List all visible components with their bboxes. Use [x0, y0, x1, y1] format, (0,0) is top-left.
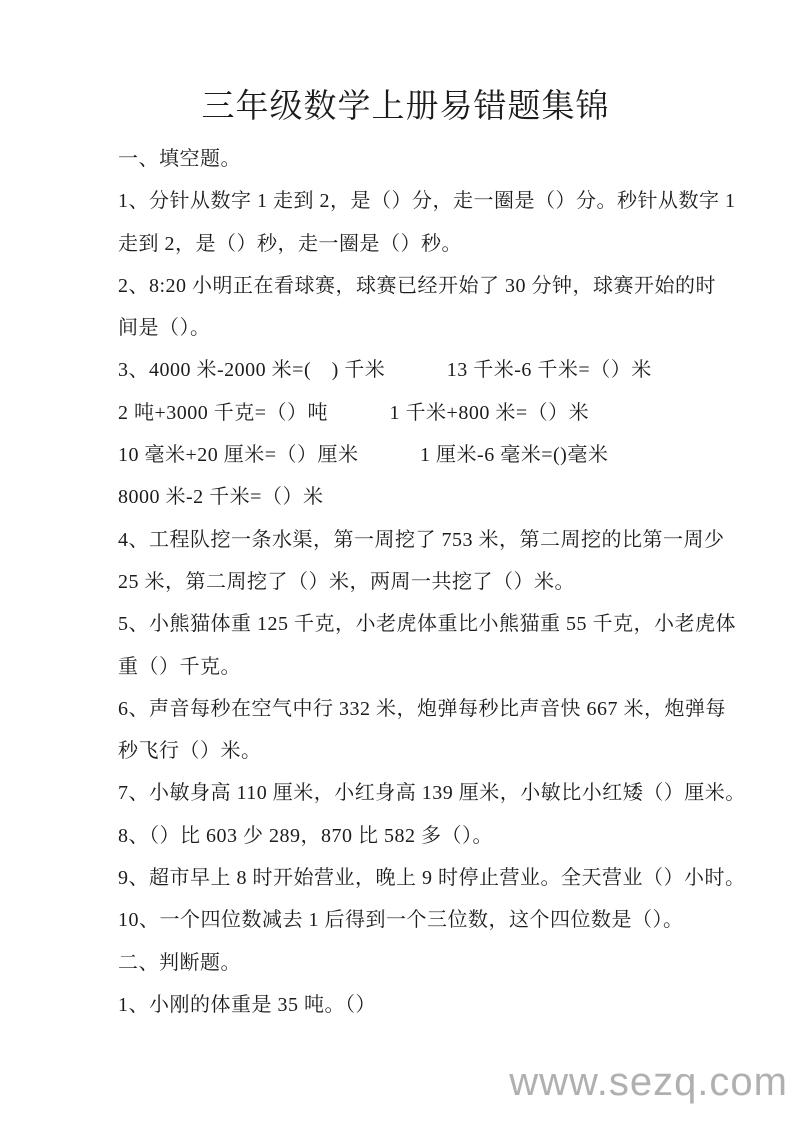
worksheet-page: 三年级数学上册易错题集锦 一、填空题。1、分针从数字 1 走到 2，是（）分，走… [0, 0, 800, 1131]
text-line: 7、小敏身高 110 厘米，小红身高 139 厘米，小敏比小红矮（）厘米。 [118, 772, 693, 814]
text-line: 3、4000 米-2000 米=( ) 千米 13 千米-6 千米=（）米 [118, 349, 693, 391]
text-line: 4、工程队挖一条水渠，第一周挖了 753 米，第二周挖的比第一周少 [118, 519, 693, 561]
text-line: 8000 米-2 千米=（）米 [118, 476, 693, 518]
text-line: 25 米，第二周挖了（）米，两周一共挖了（）米。 [118, 561, 693, 603]
text-line: 秒飞行（）米。 [118, 730, 693, 772]
text-line: 重（）千克。 [118, 646, 693, 688]
text-line: 8、（）比 603 少 289，870 比 582 多（）。 [118, 815, 693, 857]
section-heading: 一、填空题。 [118, 138, 693, 180]
section-heading: 二、判断题。 [118, 942, 693, 984]
text-line: 5、小熊猫体重 125 千克，小老虎体重比小熊猫重 55 千克，小老虎体 [118, 603, 693, 645]
text-line: 9、超市早上 8 时开始营业，晚上 9 时停止营业。全天营业（）小时。 [118, 857, 693, 899]
text-line: 10 毫米+20 厘米=（）厘米 1 厘米-6 毫米=()毫米 [118, 434, 693, 476]
text-line: 6、声音每秒在空气中行 332 米，炮弹每秒比声音快 667 米，炮弹每 [118, 688, 693, 730]
watermark-text: www.sezq.com [509, 1060, 788, 1105]
text-line: 10、一个四位数减去 1 后得到一个三位数，这个四位数是（）。 [118, 899, 693, 941]
text-line: 2 吨+3000 千克=（）吨 1 千米+800 米=（）米 [118, 392, 693, 434]
text-line: 1、小刚的体重是 35 吨。（） [118, 984, 693, 1026]
text-line: 1、分针从数字 1 走到 2，是（）分，走一圈是（）分。秒针从数字 1 [118, 180, 693, 222]
text-line: 走到 2，是（）秒，走一圈是（）秒。 [118, 223, 693, 265]
page-title: 三年级数学上册易错题集锦 [118, 84, 693, 130]
text-line: 间是（）。 [118, 307, 693, 349]
document-content: 三年级数学上册易错题集锦 一、填空题。1、分针从数字 1 走到 2，是（）分，走… [118, 84, 693, 1026]
text-line: 2、8:20 小明正在看球赛，球赛已经开始了 30 分钟，球赛开始的时 [118, 265, 693, 307]
document-body: 一、填空题。1、分针从数字 1 走到 2，是（）分，走一圈是（）分。秒针从数字 … [118, 138, 693, 1026]
